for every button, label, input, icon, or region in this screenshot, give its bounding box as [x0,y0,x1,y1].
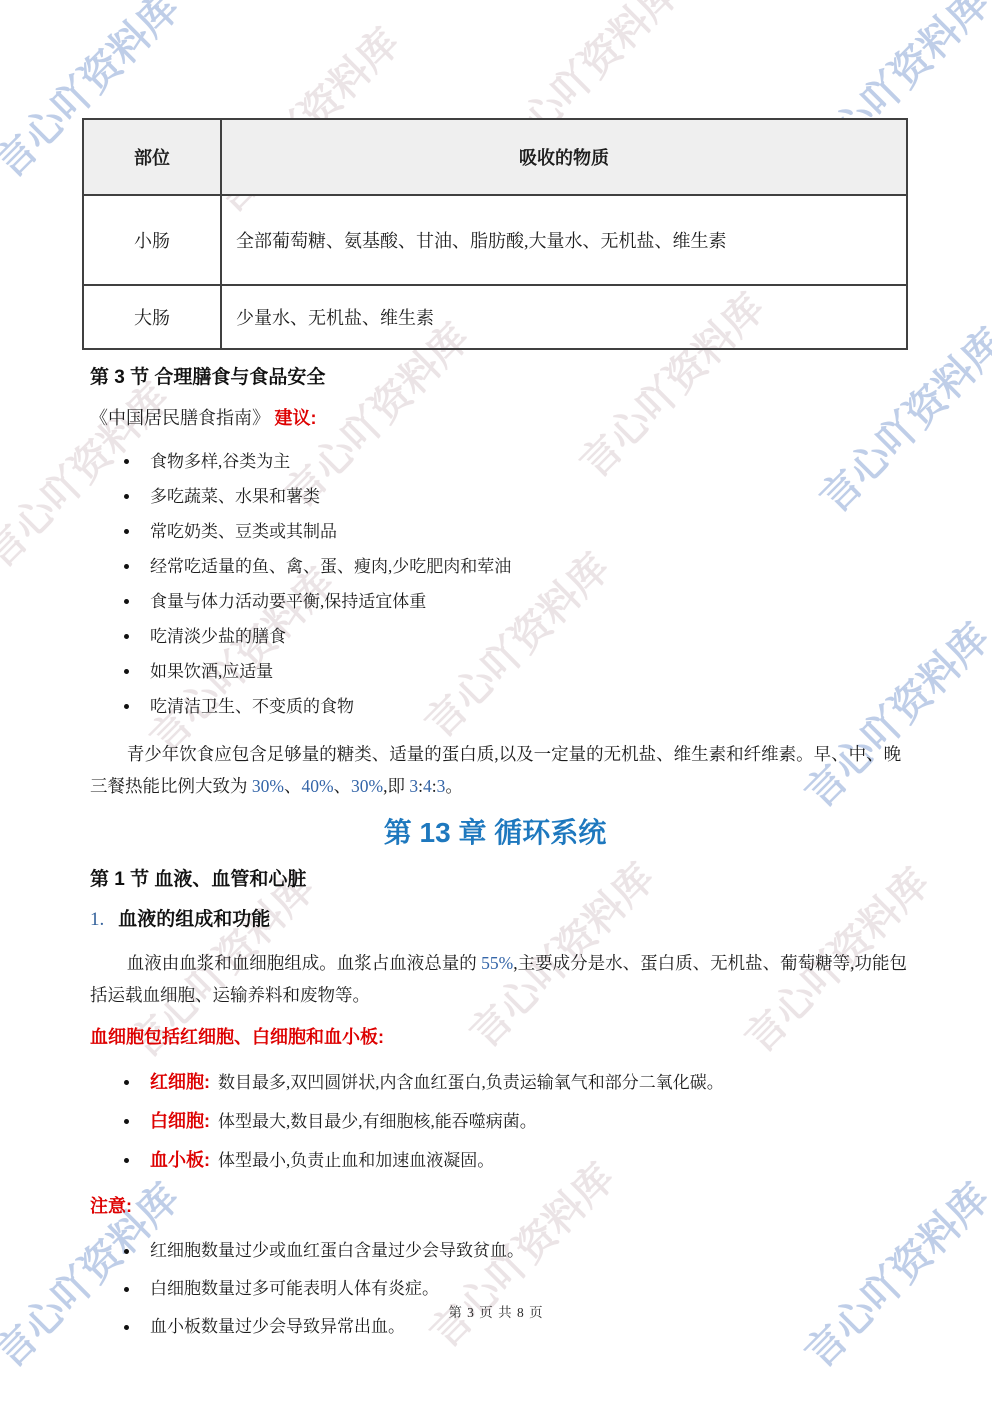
table-header-row: 部位 吸收的物质 [83,119,907,195]
cell-type-label: 白细胞: [150,1111,210,1131]
dietary-guide-suggestion-label: 建议: [275,408,317,428]
cell-type-label: 血小板: [150,1150,210,1170]
section3-heading: 第 3 节 合理膳食与食品安全 [90,365,908,391]
heading-text: 血液的组成和功能 [118,909,270,930]
blood-composition-paragraph: 血液由血浆和血细胞组成。血浆占血液总量的 55%,主要成分是水、蛋白质、无机盐、… [90,947,908,1011]
blood-composition-heading: 1.血液的组成和功能 [90,906,908,933]
heading-number: 1. [90,909,104,930]
list-item: 食量与体力活动要平衡,保持适宜体重 [122,584,908,619]
list-item: 白细胞:体型最大,数目最少,有细胞核,能吞噬病菌。 [122,1102,908,1141]
dietary-guide-title: 《中国居民膳食指南》 [90,408,270,428]
list-item: 红细胞:数目最多,双凹圆饼状,内含血红蛋白,负责运输氧气和部分二氧化碳。 [122,1063,908,1102]
list-item: 血小板:体型最小,负责止血和加速血液凝固。 [122,1141,908,1180]
list-item: 食物多样,谷类为主 [122,444,908,479]
table-cell-part: 大肠 [83,285,221,349]
table-cell-substances: 少量水、无机盐、维生素 [221,285,907,349]
table-header-part: 部位 [83,119,221,195]
cell-description: 体型最大,数目最少,有细胞核,能吞噬病菌。 [218,1112,537,1131]
table-cell-substances: 全部葡萄糖、氨基酸、甘油、脂肪酸,大量水、无机盐、维生素 [221,195,907,285]
table-header-substances: 吸收的物质 [221,119,907,195]
table-row: 小肠 全部葡萄糖、氨基酸、甘油、脂肪酸,大量水、无机盐、维生素 [83,195,907,285]
blood-cells-heading: 血细胞包括红细胞、白细胞和血小板: [90,1024,908,1051]
document-content: 部位 吸收的物质 小肠 全部葡萄糖、氨基酸、甘油、脂肪酸,大量水、无机盐、维生素… [0,0,992,1346]
list-item: 如果饮酒,应适量 [122,654,908,689]
note-heading: 注意: [90,1193,908,1220]
cell-type-label: 红细胞: [150,1072,210,1092]
page-number-footer: 第 3 页 共 8 页 [0,1301,992,1321]
table-cell-part: 小肠 [83,195,221,285]
dietary-guide-intro: 《中国居民膳食指南》 建议: [90,404,908,432]
section1-heading: 第 1 节 血液、血管和心脏 [90,867,908,893]
list-item: 常吃奶类、豆类或其制品 [122,514,908,549]
list-item: 吃清淡少盐的膳食 [122,619,908,654]
note-list: 红细胞数量过少或血红蛋白含量过少会导致贫血。 白细胞数量过多可能表明人体有炎症。… [82,1232,908,1346]
absorption-table: 部位 吸收的物质 小肠 全部葡萄糖、氨基酸、甘油、脂肪酸,大量水、无机盐、维生素… [82,118,908,350]
list-item: 经常吃适量的鱼、禽、蛋、瘦肉,少吃肥肉和荤油 [122,549,908,584]
cell-description: 数目最多,双凹圆饼状,内含血红蛋白,负责运输氧气和部分二氧化碳。 [218,1073,724,1092]
list-item: 多吃蔬菜、水果和薯类 [122,479,908,514]
list-item: 红细胞数量过少或血红蛋白含量过少会导致贫血。 [122,1232,908,1270]
dietary-guideline-list: 食物多样,谷类为主 多吃蔬菜、水果和薯类 常吃奶类、豆类或其制品 经常吃适量的鱼… [82,444,908,724]
document-page: 言心吖资料库 言心吖资料库 言心吖资料库 言心吖资料库 言心吖资料库 言心吖资料… [0,0,992,1403]
teen-diet-paragraph: 青少年饮食应包含足够量的糖类、适量的蛋白质,以及一定量的无机盐、维生素和纤维素。… [90,738,908,802]
cell-description: 体型最小,负责止血和加速血液凝固。 [218,1151,494,1170]
chapter-title: 第 13 章 循环系统 [82,814,908,852]
table-row: 大肠 少量水、无机盐、维生素 [83,285,907,349]
blood-cells-list: 红细胞:数目最多,双凹圆饼状,内含血红蛋白,负责运输氧气和部分二氧化碳。 白细胞… [82,1063,908,1180]
list-item: 吃清洁卫生、不变质的食物 [122,689,908,724]
